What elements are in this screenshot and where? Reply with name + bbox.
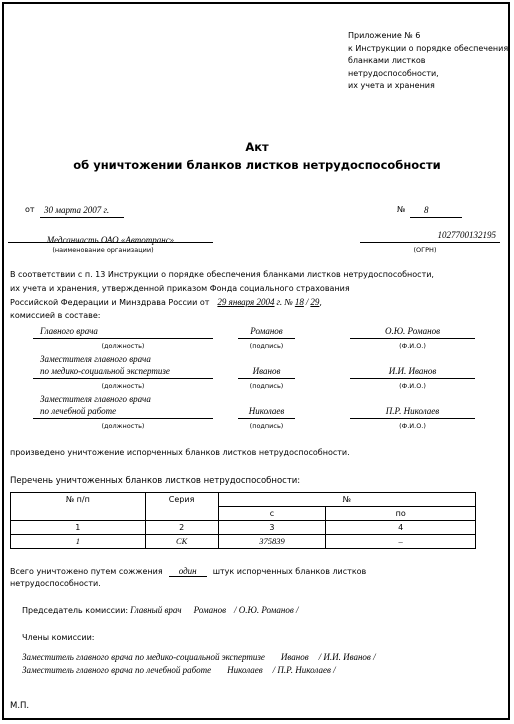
appendix-note: Приложение № 6 к Инструкции о порядке об… — [348, 30, 513, 93]
signature-caption: (подпись) — [238, 382, 295, 390]
cell-num: 1 — [11, 535, 146, 549]
position-caption: (должность) — [33, 422, 213, 430]
signature-caption: (подпись) — [238, 342, 295, 350]
fio-caption: (Ф.И.О.) — [350, 342, 475, 350]
member-signature: Николаев — [238, 406, 295, 416]
table-index-row: 1 2 3 4 — [11, 521, 476, 535]
result-text: произведено уничтожение испорченных блан… — [10, 448, 350, 457]
commission-intro: комиссией в составе: — [10, 311, 100, 320]
position-line — [33, 338, 213, 339]
table-row: 1 СК 375839 – — [11, 535, 476, 549]
preamble-line: их учета и хранения, утвержденной приказ… — [10, 284, 350, 293]
members-label: Члены комиссии: — [22, 633, 94, 642]
preamble-line: В соответствии с п. 13 Инструкции о поря… — [10, 270, 434, 279]
member-line-2: Заместитель главного врача по лечебной р… — [22, 660, 336, 678]
order-separator: / — [306, 297, 309, 307]
number-prefix: № — [397, 205, 405, 214]
preamble-prefix: Российской Федерации и Минздрава России … — [10, 298, 209, 307]
organization-caption: (наименование организации) — [8, 246, 198, 254]
list-heading: Перечень уничтоженных бланков листков не… — [10, 476, 300, 486]
header-to: по — [326, 507, 476, 521]
appendix-line: бланками листков — [348, 55, 513, 68]
document-subtitle: об уничтожении бланков листков нетрудосп… — [0, 158, 514, 172]
cell-to: – — [326, 535, 476, 549]
signature-line — [238, 378, 295, 379]
order-number-1: 18 — [295, 297, 304, 307]
fio-line — [350, 418, 475, 419]
position-line — [33, 378, 213, 379]
chairman-label: Председатель комиссии: — [22, 606, 128, 615]
member-signature: Иванов — [238, 366, 295, 376]
member-position: по лечебной работе — [40, 406, 116, 416]
preamble-line-order: Российской Федерации и Минздрава России … — [10, 297, 322, 307]
date-prefix: от — [25, 205, 35, 214]
ogrn-field: 1027700132195 — [360, 230, 500, 243]
document-title: Акт — [0, 140, 514, 154]
header-number: № — [218, 493, 475, 507]
appendix-line: к Инструкции о порядке обеспечения — [348, 43, 513, 56]
signature-line — [238, 418, 295, 419]
member-position: Заместителя главного врача — [40, 354, 151, 364]
member-fio: И.И. Иванов — [350, 366, 475, 376]
member-position: Заместитель главного врача по лечебной р… — [22, 665, 211, 675]
ogrn-value: 1027700132195 — [438, 230, 497, 240]
member-fio: П.Р. Николаев — [350, 406, 475, 416]
index-cell: 3 — [218, 521, 326, 535]
position-line — [33, 418, 213, 419]
index-cell: 4 — [326, 521, 476, 535]
number-value: 8 — [424, 205, 429, 215]
cell-series: СК — [145, 535, 218, 549]
member-fio: / П.Р. Николаев / — [273, 665, 336, 675]
fio-caption: (Ф.И.О.) — [350, 422, 475, 430]
date-field: 30 марта 2007 г. — [40, 205, 124, 218]
member-signature: Романов — [238, 326, 295, 336]
fio-line — [350, 378, 475, 379]
chairman-line: Председатель комиссии: Главный врач Рома… — [22, 605, 299, 615]
member-fio: О.Ю. Романов — [350, 326, 475, 336]
member-position: Главного врача — [40, 326, 98, 336]
total-prefix: Всего уничтожено путем сожжения — [10, 567, 163, 576]
total-suffix: штук испорченных бланков листков — [213, 567, 367, 576]
header-from: с — [218, 507, 326, 521]
chairman-signature: Романов — [194, 605, 226, 615]
signature-line — [238, 338, 295, 339]
order-end: , — [319, 298, 322, 307]
appendix-line: их учета и хранения — [348, 80, 513, 93]
total-line: Всего уничтожено путем сожжения один шту… — [10, 566, 366, 577]
chairman-position: Главный врач — [130, 605, 181, 615]
position-caption: (должность) — [33, 382, 213, 390]
cell-from: 375839 — [218, 535, 326, 549]
total-count-field: один — [169, 566, 207, 577]
ogrn-caption: (ОГРН) — [360, 246, 490, 254]
number-field: 8 — [410, 205, 462, 218]
position-caption: (должность) — [33, 342, 213, 350]
fio-caption: (Ф.И.О.) — [350, 382, 475, 390]
stamp-place: М.П. — [10, 701, 29, 711]
order-mid: г. № — [276, 297, 292, 307]
header-series: Серия — [145, 493, 218, 521]
index-cell: 2 — [145, 521, 218, 535]
organization-name: Медсанчасть ОАО «Автотранс» — [47, 235, 174, 245]
member-position: Заместителя главного врача — [40, 394, 151, 404]
member-signature: Николаев — [227, 665, 263, 675]
total-count: один — [179, 566, 197, 576]
member-position: по медико-социальной экспертизе — [40, 366, 170, 376]
order-date: 29 января 2004 — [217, 297, 274, 307]
table-header-row: № п/п Серия № — [11, 493, 476, 507]
appendix-line: нетрудоспособности, — [348, 68, 513, 81]
date-value: 30 марта 2007 г. — [44, 205, 109, 215]
organization-field: Медсанчасть ОАО «Автотранс» — [8, 230, 213, 243]
appendix-line: Приложение № 6 — [348, 30, 513, 43]
destroyed-forms-table: № п/п Серия № с по 1 2 3 4 1 СК 375839 – — [10, 492, 476, 549]
header-num: № п/п — [11, 493, 146, 521]
total-line-2: нетрудоспособности. — [10, 579, 101, 588]
chairman-fio: / О.Ю. Романов / — [234, 605, 299, 615]
fio-line — [350, 338, 475, 339]
index-cell: 1 — [11, 521, 146, 535]
signature-caption: (подпись) — [238, 422, 295, 430]
